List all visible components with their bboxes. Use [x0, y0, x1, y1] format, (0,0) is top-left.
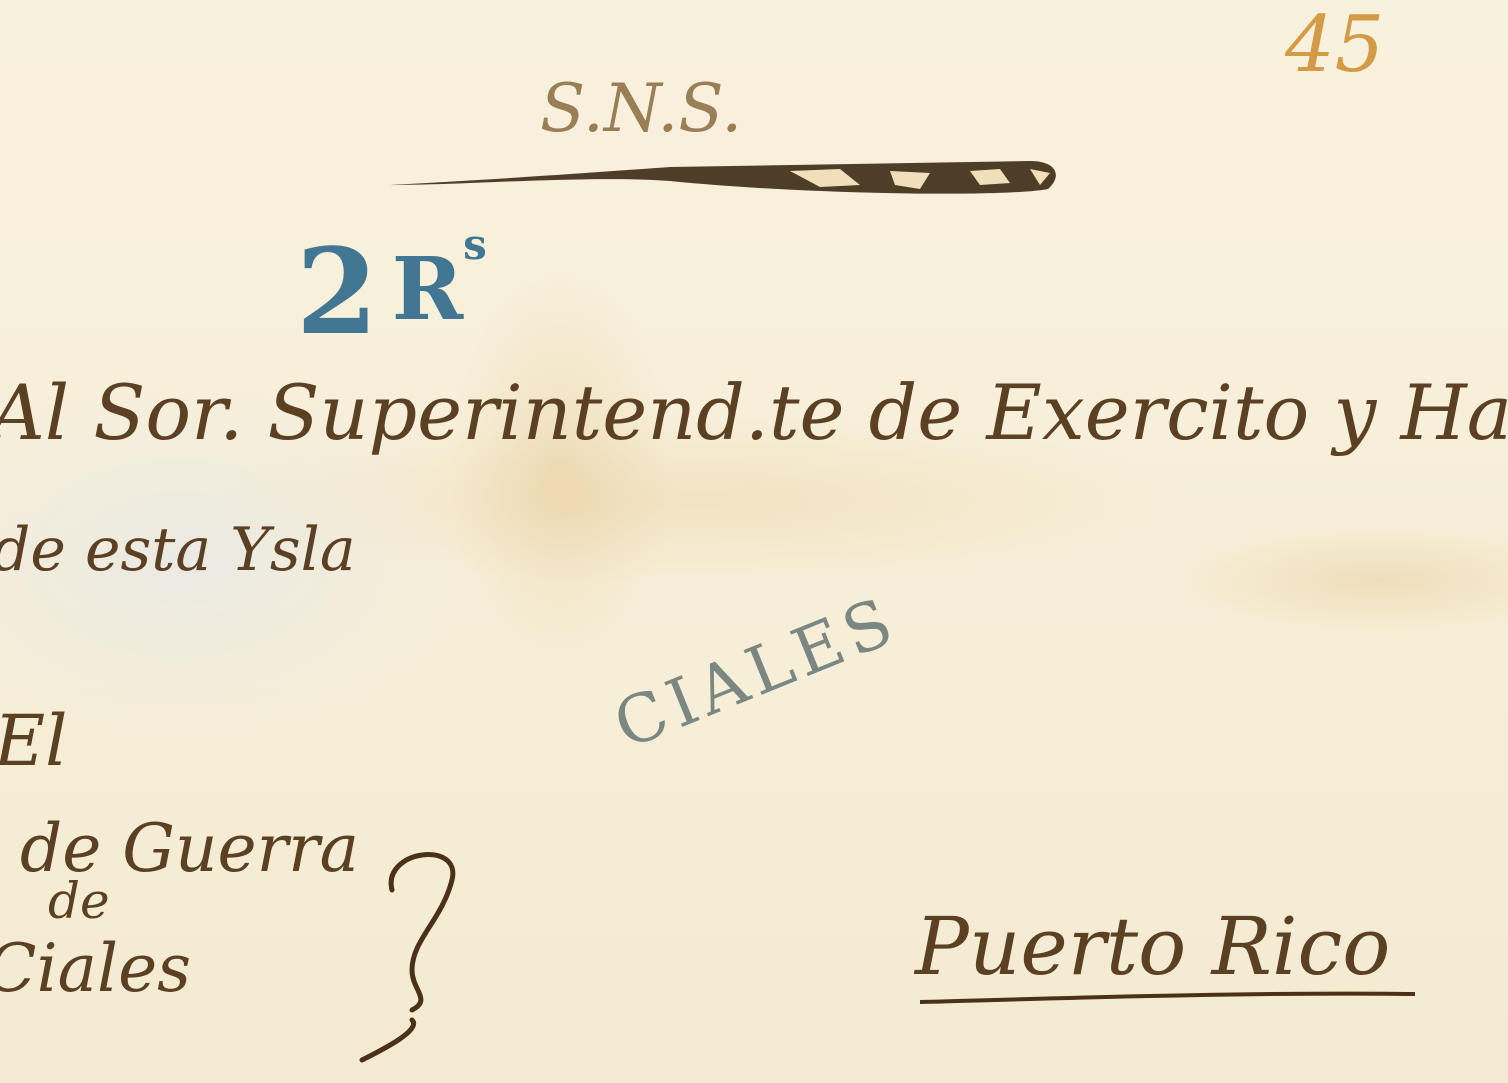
rate-unit: Rs [392, 239, 487, 340]
address-line-1: Al Sor. Superintend.te de Exercito y Hac… [0, 368, 1508, 457]
sender-line-4: Ciales [0, 930, 191, 1007]
destination-underline [920, 988, 1415, 1008]
address-line-2: de esta Ysla [0, 515, 356, 585]
sender-line-3: de [48, 872, 110, 930]
destination: Puerto Rico [915, 900, 1390, 993]
ink-flourish [390, 155, 1062, 199]
salutation-mark: S.N.S. [540, 70, 742, 147]
rate-handstamp: 2 Rs [296, 222, 487, 361]
sender-line-1: El [0, 700, 68, 782]
folio-number: 45 [1285, 0, 1384, 90]
brace-mark [352, 830, 472, 1070]
rate-number: 2 [296, 222, 386, 361]
